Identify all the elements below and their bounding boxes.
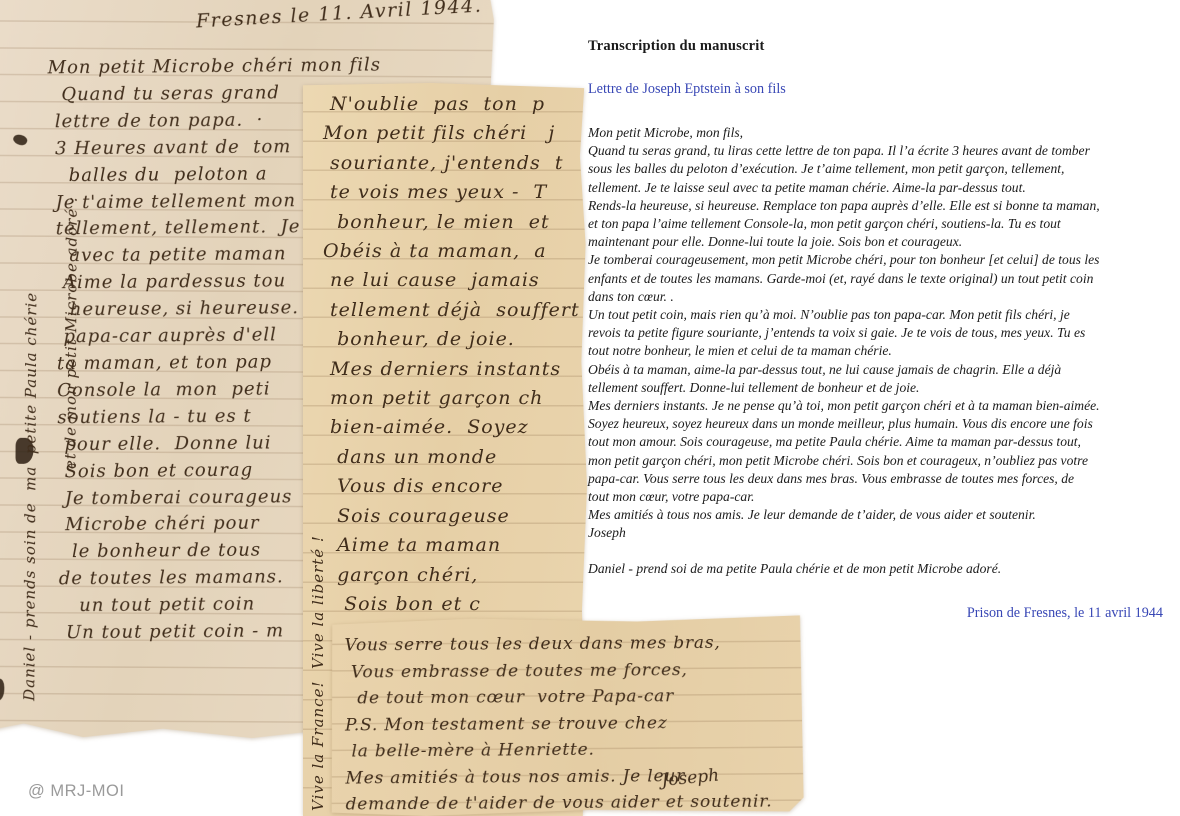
manuscript-line: Mon petit fils chéri j (323, 119, 580, 148)
ink-blot (12, 132, 29, 147)
manuscript-line: bonheur, le mien et (323, 208, 580, 237)
manuscript-line: tellement déjà souffert (323, 296, 580, 325)
transcription-place-date: Prison de Fresnes, le 11 avril 1944 (588, 605, 1163, 622)
ink-blot (0, 679, 4, 701)
manuscript-line: Sois bon et c (323, 590, 580, 619)
manuscript-line: ne lui cause jamais (323, 266, 580, 295)
manuscript-line: bien-aimée. Soyez (323, 413, 580, 442)
manuscript-page-3-text: Vous serre tous les deux dans mes bras, … (344, 630, 772, 816)
manuscript-page-3: Vous serre tous les deux dans mes bras, … (330, 615, 803, 816)
watermark: @ MRJ-MOI (28, 782, 124, 801)
manuscript-page-2-text: N'oublie pas ton pMon petit fils chéri j… (323, 90, 580, 649)
manuscript-page-3-paper: Vous serre tous les deux dans mes bras, … (330, 615, 803, 816)
manuscript-line: souriante, j'entends t (323, 149, 580, 178)
transcription-subtitle: Lettre de Joseph Eptstein à son fils (588, 81, 1163, 98)
manuscript-margin-note-vive-la-france: Vive la France! Vive la liberté ! (309, 535, 327, 811)
manuscript-line: N'oublie pas ton p (323, 90, 580, 119)
transcription-title: Transcription du manuscrit (588, 38, 1163, 55)
manuscript-line: P.S. Mon testament se trouve chez (345, 709, 772, 738)
manuscript-line: Obéis à ta maman, a (323, 237, 580, 266)
transcription-body: Mon petit Microbe, mon fils, Quand tu se… (588, 124, 1163, 543)
transcription-column: Transcription du manuscrit Lettre de Jos… (588, 38, 1163, 622)
manuscript-line: te vois mes yeux - T (323, 178, 580, 207)
manuscript-line: Sois courageuse (323, 502, 580, 531)
transcription-dedication: Daniel - prend soi de ma petite Paula ch… (588, 561, 1163, 577)
manuscript-line: Mon petit Microbe chéri mon fils (48, 52, 382, 82)
manuscript-line: Vous serre tous les deux dans mes bras, (344, 630, 771, 659)
manuscript-line: bonheur, de joie. (323, 325, 580, 354)
manuscript-line: Mes derniers instants (323, 355, 580, 384)
manuscript-date-line: Fresnes le 11. Avril 1944. (195, 0, 482, 32)
manuscript-line: dans un monde (323, 443, 580, 472)
manuscript-line: Vous embrasse de toutes me forces, (345, 656, 772, 685)
manuscript-line: mon petit garçon ch (323, 384, 580, 413)
manuscript-margin-note-daniel: Daniel - prends soin de ma petite Paula … (20, 292, 40, 701)
manuscript-line: Aime ta maman (323, 531, 580, 560)
manuscript-line: Vous dis encore (323, 472, 580, 501)
manuscript-line: la belle-mère à Henriette. (345, 736, 772, 765)
manuscript-line: de tout mon cœur votre Papa-car (345, 683, 772, 712)
manuscript-line: garçon chéri, (323, 561, 580, 590)
letter-scan-page: Fresnes le 11. Avril 1944. Mon petit Mic… (0, 0, 1180, 816)
manuscript-margin-note-daniel-2: et de mon petit Microbe adoré : (61, 196, 80, 469)
manuscript-line: demande de t'aider de vous aider et sout… (346, 789, 773, 816)
